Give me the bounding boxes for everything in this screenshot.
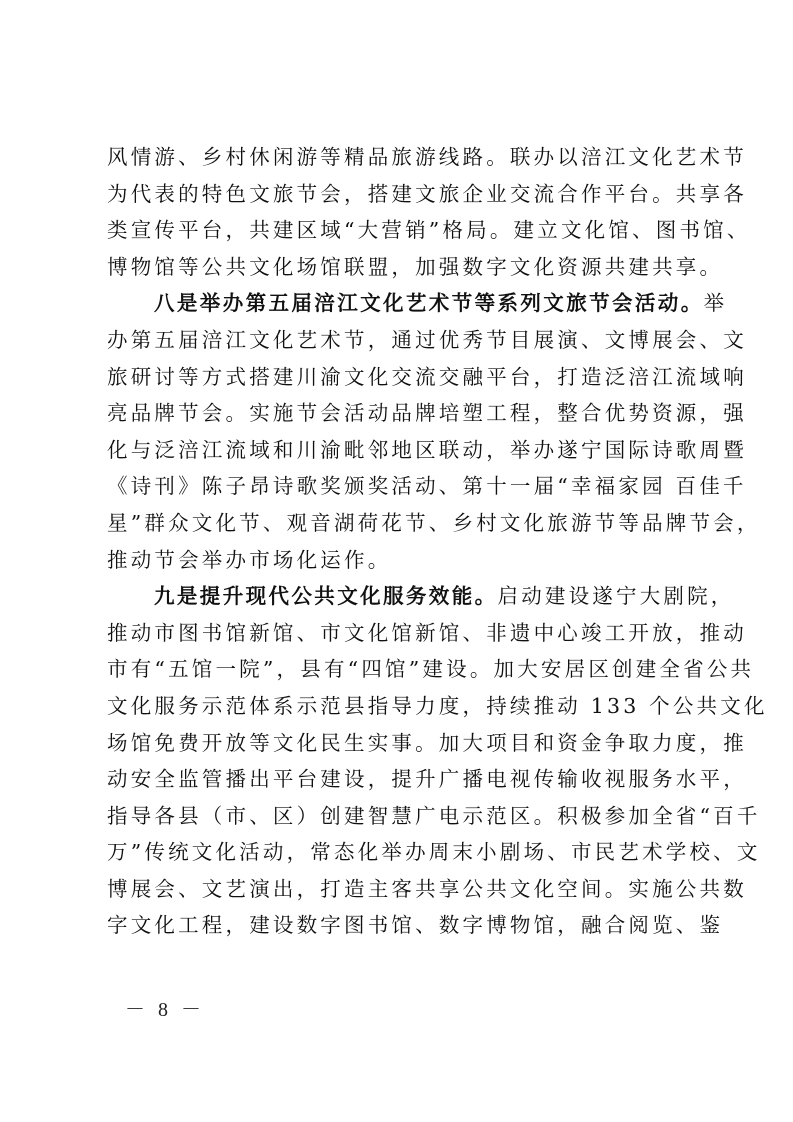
paragraph-item-nine: 九是提升现代公共文化服务效能。启动建设遂宁大剧院， 推动市图书馆新馆、市文化馆新… bbox=[107, 578, 693, 944]
text-line: 推动节会举办市场化运作。 bbox=[107, 542, 693, 579]
text-line: 场馆免费开放等文化民生实事。加大项目和资金争取力度，推 bbox=[107, 725, 693, 762]
text-line: 亮品牌节会。实施节会活动品牌培塑工程，整合优势资源，强 bbox=[107, 395, 693, 432]
heading-line-rest: 举 bbox=[704, 291, 728, 315]
text-line: 类宣传平台，共建区域“大营销”格局。建立文化馆、图书馆、 bbox=[107, 212, 693, 249]
paragraph-continuation: 风情游、乡村休闲游等精品旅游线路。联办以涪江文化艺术节 为代表的特色文旅节会，搭… bbox=[107, 139, 693, 285]
text-line: 办第五届涪江文化艺术节，通过优秀节目展演、文博展会、文 bbox=[107, 322, 693, 359]
text-line: 市有“五馆一院”，县有“四馆”建设。加大安居区创建全省公共 bbox=[107, 651, 693, 688]
paragraph-heading: 九是提升现代公共文化服务效能。 bbox=[154, 584, 498, 608]
text-line: 万”传统文化活动，常态化举办周末小剧场、市民艺术学校、文 bbox=[107, 834, 693, 871]
text-line: 文化服务示范体系示范县指导力度，持续推动 133 个公共文化 bbox=[107, 688, 693, 725]
text-line: 八是举办第五届涪江文化艺术节等系列文旅节会活动。举 bbox=[107, 285, 693, 322]
text-line: 化与泛涪江流域和川渝毗邻地区联动，举办遂宁国际诗歌周暨 bbox=[107, 432, 693, 469]
document-page: 风情游、乡村休闲游等精品旅游线路。联办以涪江文化艺术节 为代表的特色文旅节会，搭… bbox=[0, 0, 793, 1122]
text-line: 动安全监管播出平台建设，提升广播电视传输收视服务水平， bbox=[107, 761, 693, 798]
text-line: 九是提升现代公共文化服务效能。启动建设遂宁大剧院， bbox=[107, 578, 693, 615]
page-number: － 8 － bbox=[125, 993, 205, 1022]
text-line: 为代表的特色文旅节会，搭建文旅企业交流合作平台。共享各 bbox=[107, 176, 693, 213]
text-line: 推动市图书馆新馆、市文化馆新馆、非遗中心竣工开放，推动 bbox=[107, 615, 693, 652]
text-line: 旅研讨等方式搭建川渝文化交流交融平台，打造泛涪江流域响 bbox=[107, 359, 693, 396]
text-line: 风情游、乡村休闲游等精品旅游线路。联办以涪江文化艺术节 bbox=[107, 139, 693, 176]
paragraph-heading: 八是举办第五届涪江文化艺术节等系列文旅节会活动。 bbox=[154, 291, 704, 315]
text-line: 指导各县（市、区）创建智慧广电示范区。积极参加全省“百千 bbox=[107, 798, 693, 835]
body-text: 风情游、乡村休闲游等精品旅游线路。联办以涪江文化艺术节 为代表的特色文旅节会，搭… bbox=[107, 139, 693, 944]
text-line: 字文化工程，建设数字图书馆、数字博物馆，融合阅览、鉴 bbox=[107, 907, 693, 944]
heading-line-rest: 启动建设遂宁大剧院， bbox=[498, 584, 735, 608]
text-line: 博展会、文艺演出，打造主客共享公共文化空间。实施公共数 bbox=[107, 871, 693, 908]
text-line: 星”群众文化节、观音湖荷花节、乡村文化旅游节等品牌节会， bbox=[107, 505, 693, 542]
text-line: 博物馆等公共文化场馆联盟，加强数字文化资源共建共享。 bbox=[107, 249, 693, 286]
text-line: 《诗刊》陈子昂诗歌奖颁奖活动、第十一届“幸福家园 百佳千 bbox=[107, 468, 693, 505]
paragraph-item-eight: 八是举办第五届涪江文化艺术节等系列文旅节会活动。举 办第五届涪江文化艺术节，通过… bbox=[107, 285, 693, 578]
